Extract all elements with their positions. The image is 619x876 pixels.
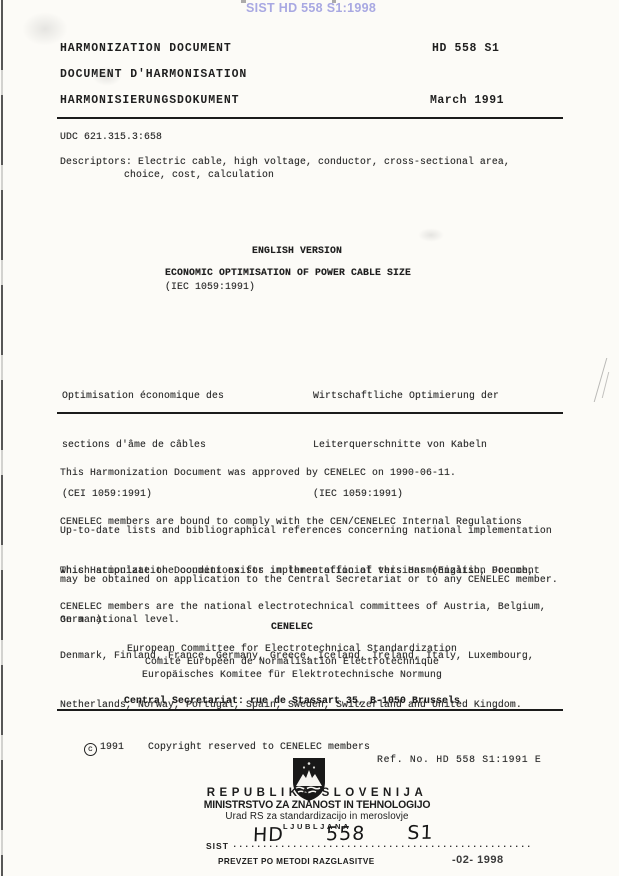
- handwritten-standard-number: HD 558 S1: [253, 822, 434, 847]
- scanned-document-page: SIST HD 558 S1:1998 HARMONIZATION DOCUME…: [0, 0, 619, 876]
- main-title: ECONOMIC OPTIMISATION OF POWER CABLE SIZ…: [165, 266, 411, 279]
- stamp-office-name: Urad RS za standardizacijo in meroslovje: [225, 811, 408, 822]
- copyright-text: Copyright reserved to CENELEC members: [148, 741, 370, 752]
- committee-line-fr: Comité Européen de Normalisation Electro…: [57, 655, 527, 668]
- stamp-sist-label: SIST: [206, 841, 229, 851]
- stamp-country-name: REPUBLIKA SLOVENIJA: [207, 787, 428, 799]
- scan-smudge: [22, 12, 68, 46]
- title-german-line: Wirtschaftliche Optimierung der: [313, 389, 499, 402]
- date-stamp: -02- 1998: [452, 854, 504, 866]
- title-french-line: Optimisation économique des: [62, 389, 224, 402]
- copyright-year: 1991: [100, 741, 124, 752]
- committee-line-en: European Committee for Electrotechnical …: [57, 642, 527, 655]
- committee-line-de: Europäisches Komitee für Elektrotechnisc…: [57, 668, 527, 681]
- scan-smudge: [418, 228, 444, 242]
- stamp-method-text: PREVZET PO METODI RAZGLASITVE: [218, 856, 375, 866]
- horizontal-rule-middle: [57, 412, 563, 414]
- udc-number: UDC 621.315.3:658: [60, 130, 162, 143]
- doc-code: HD 558 S1: [432, 42, 500, 55]
- paragraph-line: CENELEC members are the national electro…: [60, 600, 546, 613]
- cenelec-heading: CENELEC: [57, 616, 527, 634]
- doc-type-french: DOCUMENT D'HARMONISATION: [60, 68, 247, 81]
- version-heading: ENGLISH VERSION: [252, 244, 342, 257]
- reference-number: Ref. No. HD 558 S1:1991 E: [377, 753, 541, 766]
- paragraph-line: This Harmonization Document was approved…: [60, 466, 540, 479]
- descriptors-line2: choice, cost, calculation: [124, 168, 274, 181]
- doc-type-german: HARMONISIERUNGSDOKUMENT: [60, 94, 239, 107]
- doc-type-english: HARMONIZATION DOCUMENT: [60, 42, 232, 55]
- copyright-icon: c: [84, 743, 97, 756]
- main-title-reference: (IEC 1059:1991): [165, 280, 255, 293]
- scan-edge-artifact: [1, 0, 3, 876]
- committee-block: European Committee for Electrotechnical …: [57, 642, 527, 681]
- horizontal-rule-bottom: [57, 709, 563, 711]
- horizontal-rule-top: [57, 117, 563, 119]
- secretariat-address: Central Secretariat: rue de Stassart 35,…: [57, 690, 527, 708]
- doc-date: March 1991: [430, 94, 504, 107]
- descriptors-line1: Descriptors: Electric cable, high voltag…: [60, 155, 510, 168]
- sist-watermark: SIST HD 558 S1:1998: [246, 1, 376, 15]
- stamp-ministry-name: MINISTRSTVO ZA ZNANOST IN TEHNOLOGIJO: [204, 799, 431, 811]
